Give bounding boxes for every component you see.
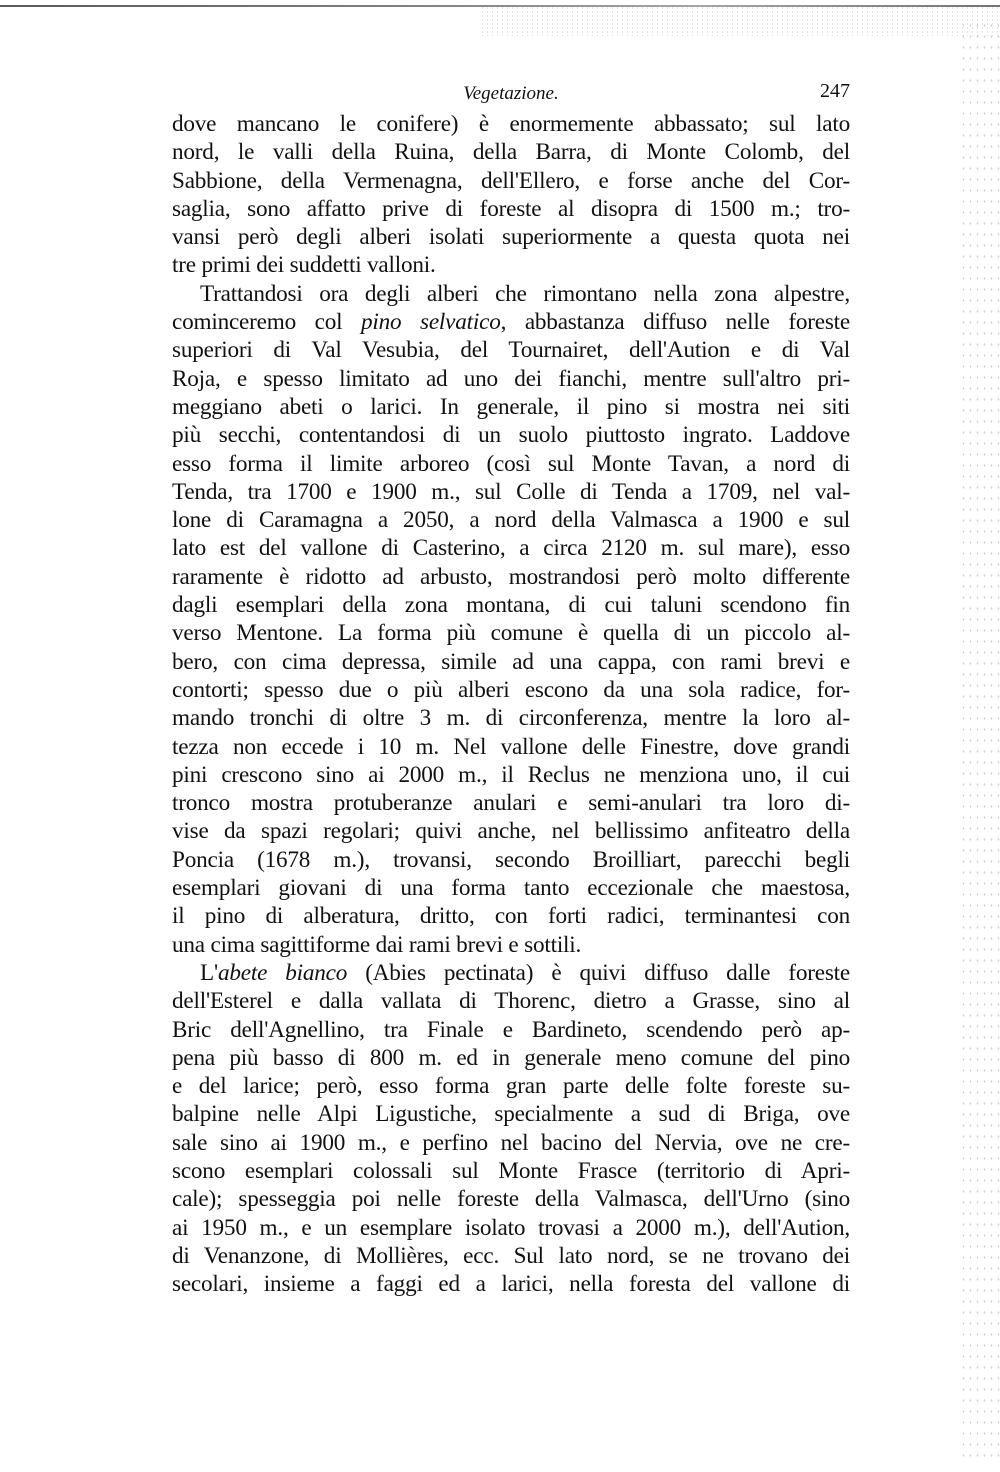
- book-page: Vegetazione. 247 dove mancano le conifer…: [172, 80, 850, 1298]
- text-run: L': [200, 960, 218, 986]
- text-line: Roja, e spesso limitato ad uno dei fianc…: [172, 365, 850, 393]
- page-number: 247: [820, 80, 850, 103]
- text-line: lone di Caramagna a 2050, a nord della V…: [172, 506, 850, 534]
- text-line: esemplari giovani di una forma tanto ecc…: [172, 874, 850, 902]
- text-line: dell'Esterel e dalla vallata di Thorenc,…: [172, 987, 850, 1015]
- text-line: nord, le valli della Ruina, della Barra,…: [172, 138, 850, 166]
- scan-noise-right-margin: [960, 20, 1000, 1460]
- text-line: sale sino ai 1900 m., e perfino nel baci…: [172, 1129, 850, 1157]
- italic-term-abete-bianco: abete bianco: [218, 960, 347, 986]
- italic-term-pino-selvatico: pino selvatico: [361, 309, 501, 335]
- text-line: dove mancano le conifere) è enormemente …: [172, 110, 850, 138]
- text-line: e del larice; però, esso forma gran part…: [172, 1072, 850, 1100]
- text-line: cale); spesseggia poi nelle foreste dell…: [172, 1185, 850, 1213]
- text-line: dagli esemplari della zona montana, di c…: [172, 591, 850, 619]
- paragraph-2: Trattandosi ora degli alberi che rimonta…: [172, 280, 850, 959]
- text-line: esso forma il limite arboreo (così sul M…: [172, 450, 850, 478]
- text-line: di Venanzone, di Mollières, ecc. Sul lat…: [172, 1242, 850, 1270]
- text-line: Sabbione, della Vermenagna, dell'Ellero,…: [172, 167, 850, 195]
- text-line: raramente è ridotto ad arbusto, mostrand…: [172, 563, 850, 591]
- text-line: tezza non eccede i 10 m. Nel vallone del…: [172, 733, 850, 761]
- text-line: contorti; spesso due o più alberi escono…: [172, 676, 850, 704]
- text-line: verso Mentone. La forma più comune è que…: [172, 619, 850, 647]
- text-line: Poncia (1678 m.), trovansi, secondo Broi…: [172, 846, 850, 874]
- text-line: bero, con cima depressa, simile ad una c…: [172, 648, 850, 676]
- text-run: , abbastanza diffuso nelle foreste: [501, 309, 850, 335]
- body-text: dove mancano le conifere) è enormemente …: [172, 110, 850, 1298]
- text-line: più secchi, contentandosi di un suolo pi…: [172, 421, 850, 449]
- paragraph-1: dove mancano le conifere) è enormemente …: [172, 110, 850, 280]
- text-line: balpine nelle Alpi Ligustiche, specialme…: [172, 1100, 850, 1128]
- text-line: L'abete bianco (Abies pectinata) è quivi…: [172, 959, 850, 987]
- text-line: lato est del vallone di Casterino, a cir…: [172, 534, 850, 562]
- text-line: pini crescono sino ai 2000 m., il Reclus…: [172, 761, 850, 789]
- text-line: Bric dell'Agnellino, tra Finale e Bardin…: [172, 1016, 850, 1044]
- text-line: ai 1950 m., e un esemplare isolato trova…: [172, 1214, 850, 1242]
- text-line: mando tronchi di oltre 3 m. di circonfer…: [172, 704, 850, 732]
- text-line: cominceremo col pino selvatico, abbastan…: [172, 308, 850, 336]
- text-line: secolari, insieme a faggi ed a larici, n…: [172, 1270, 850, 1298]
- text-line: tre primi dei suddetti valloni.: [172, 251, 850, 279]
- text-run: (Abies pectinata) è quivi diffuso dalle …: [347, 960, 850, 986]
- running-title: Vegetazione.: [172, 83, 850, 105]
- scan-noise-top: [480, 6, 1000, 36]
- text-line: Trattandosi ora degli alberi che rimonta…: [172, 280, 850, 308]
- text-line: meggiano abeti o larici. In generale, il…: [172, 393, 850, 421]
- text-line: il pino di alberatura, dritto, con forti…: [172, 902, 850, 930]
- text-line: vansi però degli alberi isolati superior…: [172, 223, 850, 251]
- paragraph-3: L'abete bianco (Abies pectinata) è quivi…: [172, 959, 850, 1299]
- text-line: scono esemplari colossali sul Monte Fras…: [172, 1157, 850, 1185]
- text-line: saglia, sono affatto prive di foreste al…: [172, 195, 850, 223]
- text-line: Tenda, tra 1700 e 1900 m., sul Colle di …: [172, 478, 850, 506]
- text-line: superiori di Val Vesubia, del Tournairet…: [172, 336, 850, 364]
- text-line: vise da spazi regolari; quivi anche, nel…: [172, 817, 850, 845]
- text-line: pena più basso di 800 m. ed in generale …: [172, 1044, 850, 1072]
- running-head: Vegetazione. 247: [172, 80, 850, 110]
- text-line: tronco mostra protuberanze anulari e sem…: [172, 789, 850, 817]
- text-line: una cima sagittiforme dai rami brevi e s…: [172, 931, 850, 959]
- text-run: cominceremo col: [172, 309, 361, 335]
